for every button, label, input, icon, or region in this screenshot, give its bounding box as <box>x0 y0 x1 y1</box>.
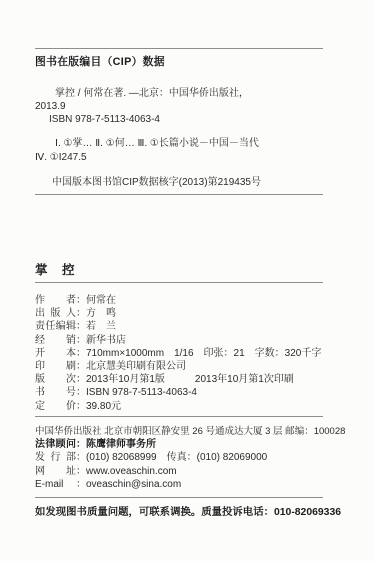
cip-class-line2: Ⅳ. ①I247.5 <box>35 151 87 164</box>
cip-entry-line2: 2013.9 <box>35 100 66 113</box>
divider-cip-bottom <box>35 194 323 195</box>
imprint-info-list: 作者：何常在 出版人：方 鸣 责任编辑：若 兰 经销：新华书店 开本：710mm… <box>35 294 321 413</box>
divider-top <box>35 48 323 49</box>
info-value: 方 鸣 <box>86 308 116 319</box>
colon: ： <box>76 400 86 413</box>
contact-label: 发行部 <box>35 451 76 464</box>
colon: ： <box>76 347 86 360</box>
cip-record-line: 中国版本图书馆CIP数据核字(2013)第219435号 <box>35 176 261 189</box>
legal-counsel-row: 法律顾问：陈鹰律师事务所 <box>35 438 345 451</box>
info-row-isbn: 书号：ISBN 978-7-5113-4063-4 <box>35 386 321 399</box>
email-row: E-mail：oveaschin@sina.com <box>35 478 345 491</box>
info-value: 39.80元 <box>86 401 121 412</box>
colon: ： <box>76 294 86 307</box>
info-value: 2013年10月第1版 2013年10月第1次印刷 <box>86 374 294 385</box>
divider-title <box>35 282 323 283</box>
info-value: 何常在 <box>86 295 116 306</box>
info-label: 书号 <box>35 386 76 399</box>
info-label: 经销 <box>35 334 76 347</box>
colon: ： <box>76 334 86 347</box>
info-row-format: 开本：710mm×1000mm 1/16 印张：21 字数：320千字 <box>35 347 321 360</box>
info-label: 出版人 <box>35 307 76 320</box>
info-label: 作者 <box>35 294 76 307</box>
info-row-printer: 印刷：北京慧美印刷有限公司 <box>35 360 321 373</box>
contact-label: 网址 <box>35 465 76 478</box>
info-value: 710mm×1000mm 1/16 印张：21 字数：320千字 <box>86 348 321 359</box>
info-label: 印刷 <box>35 360 76 373</box>
website-url: www.oveaschin.com <box>86 466 177 477</box>
cip-class-line1: Ⅰ. ①掌… Ⅱ. ①何… Ⅲ. ①长篇小说－中国－当代 <box>35 137 259 150</box>
info-label: 定价 <box>35 400 76 413</box>
cip-heading: 图书在版编目（CIP）数据 <box>35 56 165 69</box>
cip-isbn-line: ISBN 978-7-5113-4063-4 <box>35 113 160 126</box>
info-value: 新华书店 <box>86 335 126 346</box>
colon: ： <box>76 307 86 320</box>
email-address: oveaschin@sina.com <box>86 479 181 490</box>
publisher-block: 中国华侨出版社 北京市朝阳区静安里 26 号通成达大厦 3 层 邮编：10002… <box>35 425 345 491</box>
colon: ： <box>76 386 86 399</box>
info-value: 若 兰 <box>86 321 116 332</box>
info-value: ISBN 978-7-5113-4063-4 <box>86 387 197 398</box>
legal-label: 法律顾问 <box>35 438 76 451</box>
info-row-author: 作者：何常在 <box>35 294 321 307</box>
info-row-publisher-person: 出版人：方 鸣 <box>35 307 321 320</box>
colon: ： <box>76 451 86 464</box>
info-label: 开本 <box>35 347 76 360</box>
divider-price-bottom <box>35 416 323 417</box>
book-title: 掌 控 <box>35 264 76 277</box>
info-row-edition: 版次：2013年10月第1版 2013年10月第1次印刷 <box>35 373 321 386</box>
divider-footer <box>35 497 323 498</box>
copyright-page: 图书在版编目（CIP）数据 掌控 / 何常在著. —北京：中国华侨出版社， 20… <box>0 0 375 561</box>
publisher-address: 中国华侨出版社 北京市朝阳区静安里 26 号通成达大厦 3 层 邮编：10002… <box>35 425 345 438</box>
colon: ： <box>76 438 86 451</box>
info-label: 版次 <box>35 373 76 386</box>
info-value: 北京慧美印刷有限公司 <box>86 361 186 372</box>
info-row-price: 定价：39.80元 <box>35 400 321 413</box>
contact-label: E-mail <box>35 478 76 491</box>
distribution-dept-row: 发行部：(010) 82068999 传真：(010) 82069000 <box>35 451 345 464</box>
info-label: 责任编辑 <box>35 320 76 333</box>
colon: ： <box>76 373 86 386</box>
info-row-distributor: 经销：新华书店 <box>35 334 321 347</box>
cip-entry-line1: 掌控 / 何常在著. —北京：中国华侨出版社， <box>35 87 249 100</box>
legal-value: 陈鹰律师事务所 <box>86 439 156 450</box>
colon: ： <box>76 478 86 491</box>
colon: ： <box>76 320 86 333</box>
colon: ： <box>76 465 86 478</box>
quality-notice: 如发现图书质量问题，可联系调换。质量投诉电话：010-82069336 <box>35 506 341 519</box>
info-row-editor: 责任编辑：若 兰 <box>35 320 321 333</box>
colon: ： <box>76 360 86 373</box>
contact-value: (010) 82068999 传真：(010) 82069000 <box>86 452 267 463</box>
website-row: 网址：www.oveaschin.com <box>35 465 345 478</box>
